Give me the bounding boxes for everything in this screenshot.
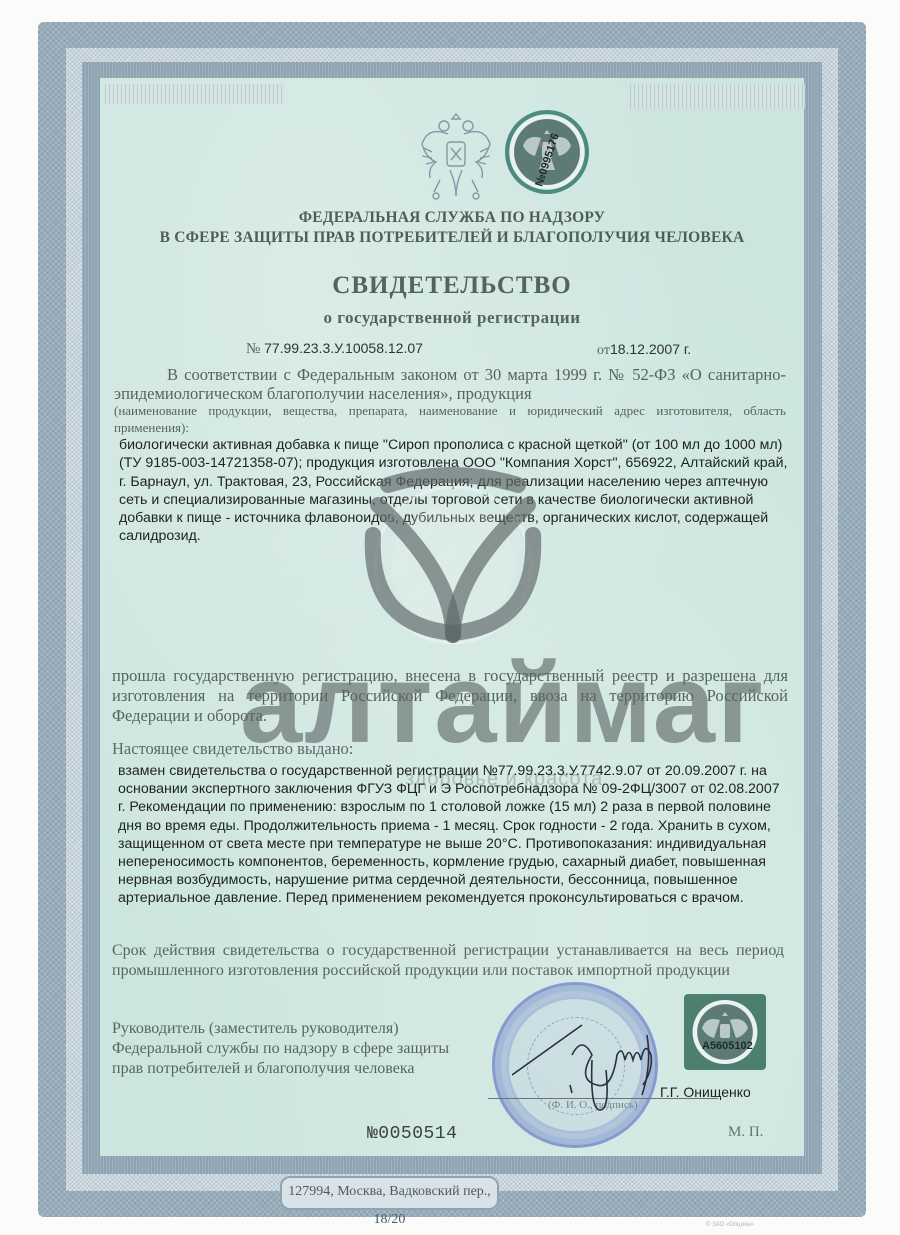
hologram-sticker-top: №0995176	[505, 110, 589, 194]
hologram-eagle-icon	[692, 1000, 758, 1064]
law-paragraph: В соответствии с Федеральным законом от …	[114, 365, 786, 403]
registration-date: от18.12.2007 г.	[597, 341, 691, 359]
law-note: (наименование продукции, вещества, препа…	[114, 402, 786, 436]
form-number: №0050514	[367, 1124, 457, 1144]
agency-line-2: В СФЕРЕ ЗАЩИТЫ ПРАВ ПОТРЕБИТЕЛЕЙ И БЛАГО…	[100, 228, 804, 248]
registration-number-value: 77.99.23.3.У.10058.12.07	[264, 340, 423, 356]
date-prefix: от	[597, 343, 610, 358]
russian-coat-of-arms-icon	[418, 108, 494, 204]
printer-note: © ЗАО «Опцион»	[706, 1222, 754, 1228]
agency-line-1: ФЕДЕРАЛЬНАЯ СЛУЖБА ПО НАДЗОРУ	[100, 208, 804, 228]
number-symbol: №	[246, 341, 260, 357]
registration-date-value: 18.12.2007 г.	[610, 341, 691, 357]
signatory-name: Г.Г. Онищенко	[660, 1084, 751, 1100]
microtext-stripe-left	[105, 84, 285, 104]
hologram-sticker-bottom: А5605102	[684, 994, 766, 1070]
head-title: Руководитель (заместитель руководителя) …	[112, 1019, 452, 1079]
seal-place-label: М. П.	[728, 1124, 763, 1141]
validity-paragraph: Срок действия свидетельства о государств…	[112, 941, 784, 981]
document-subtitle: о государственной регистрации	[100, 308, 804, 328]
signature-icon	[512, 1015, 692, 1125]
registration-number: № 77.99.23.3.У.10058.12.07	[246, 340, 423, 358]
hologram-serial-bottom: А5605102	[702, 1040, 753, 1052]
microtext-stripe-right	[630, 84, 805, 109]
issued-label: Настоящее свидетельство выдано:	[112, 739, 353, 759]
footer-address: 127994, Москва, Вадковский пер., 18/20	[280, 1176, 499, 1210]
issued-description: взамен свидетельства о государственной р…	[118, 762, 790, 908]
agency-name: ФЕДЕРАЛЬНАЯ СЛУЖБА ПО НАДЗОРУ В СФЕРЕ ЗА…	[100, 208, 804, 248]
document-title: СВИДЕТЕЛЬСТВО	[100, 272, 804, 300]
